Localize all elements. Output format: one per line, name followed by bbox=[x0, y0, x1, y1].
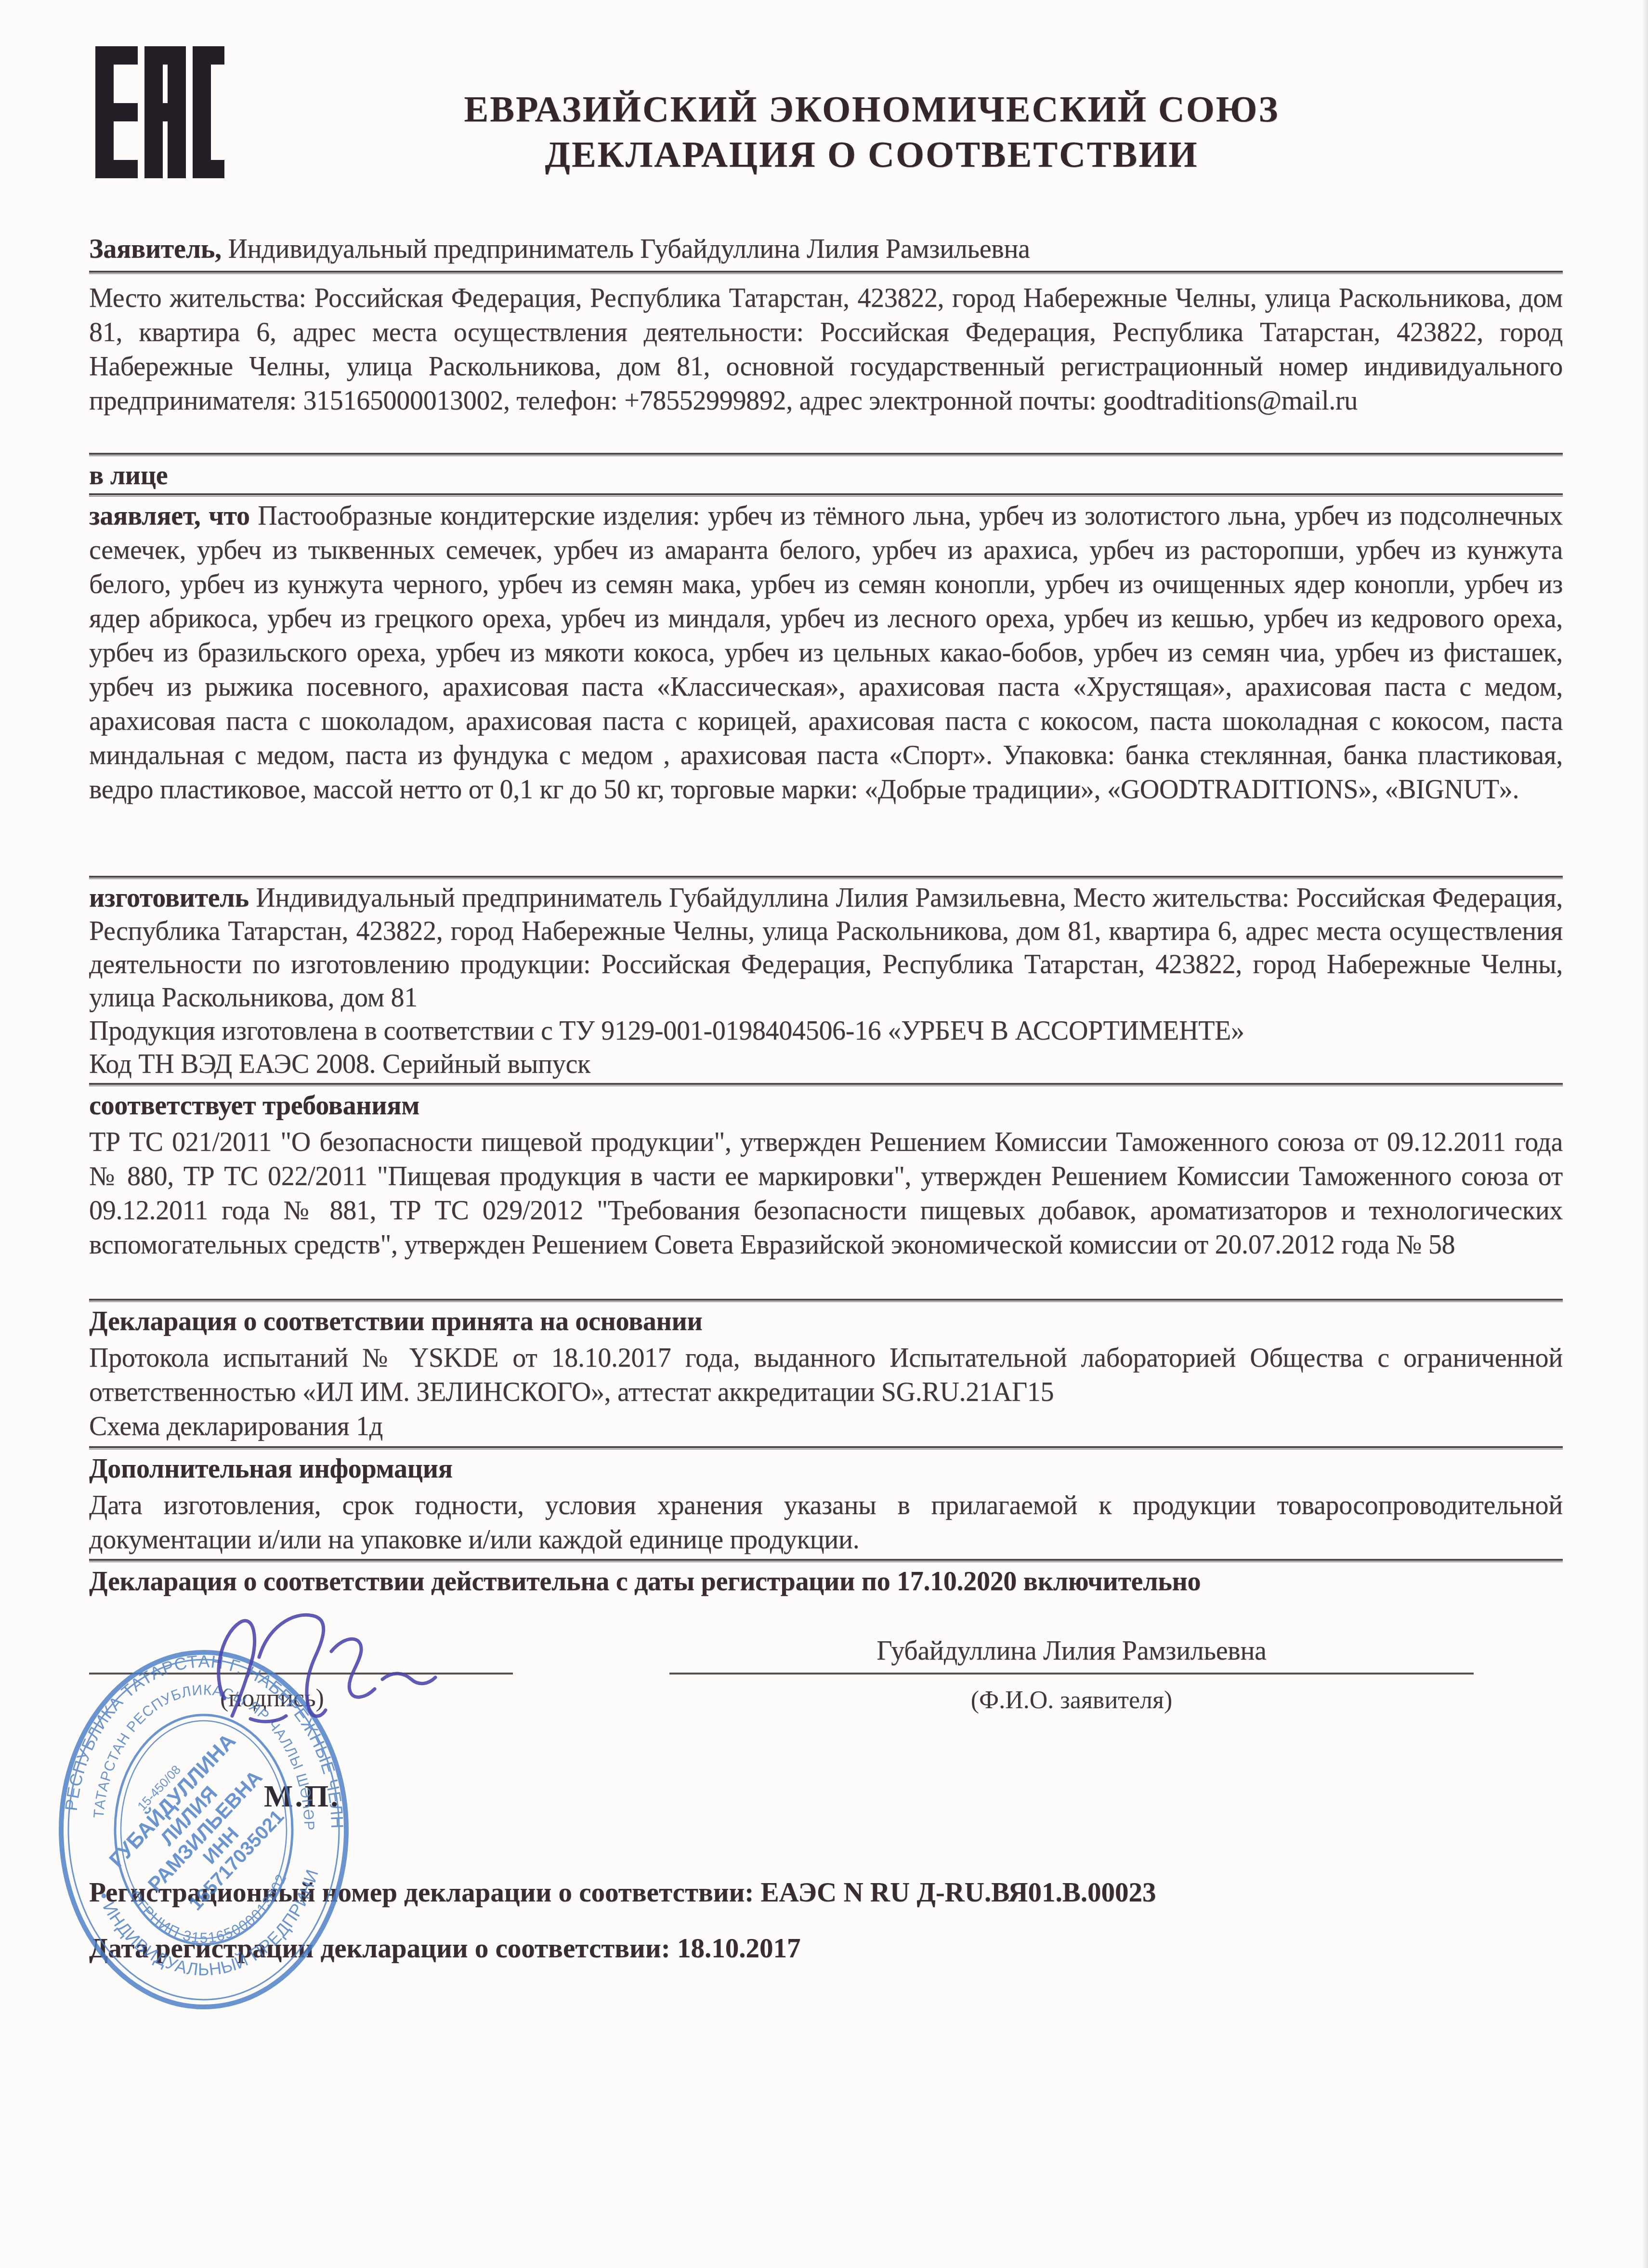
divider bbox=[89, 453, 1563, 456]
applicant-details: Место жительства: Российская Федерация, … bbox=[89, 281, 1563, 418]
title-line-1: ЕВРАЗИЙСКИЙ ЭКОНОМИЧЕСКИЙ СОЮЗ bbox=[183, 87, 1560, 132]
title-line-2: ДЕКЛАРАЦИЯ О СООТВЕТСТВИИ bbox=[183, 132, 1560, 177]
registration-number-value: ЕАЭС N RU Д-RU.ВЯ01.В.00023 bbox=[761, 1877, 1156, 1908]
applicant-name: Индивидуальный предприниматель Губайдулл… bbox=[228, 234, 1030, 264]
applicant-label: Заявитель, bbox=[89, 234, 222, 264]
divider bbox=[89, 1299, 1563, 1302]
validity-line: Декларация о соответствии действительна … bbox=[89, 1565, 1563, 1599]
manufacturer-paragraph: изготовитель Индивидуальный предпринимат… bbox=[89, 882, 1563, 1081]
scan-edge-shadow bbox=[1642, 0, 1648, 2268]
divider bbox=[89, 1083, 1563, 1086]
document-header: ЕВРАЗИЙСКИЙ ЭКОНОМИЧЕСКИЙ СОЮЗ ДЕКЛАРАЦИ… bbox=[183, 87, 1560, 177]
additional-text: Дата изготовления, срок годности, услови… bbox=[89, 1489, 1563, 1557]
registration-date-value: 18.10.2017 bbox=[677, 1933, 801, 1964]
in-person-label: в лице bbox=[89, 459, 1563, 493]
divider bbox=[89, 1446, 1563, 1450]
manufacturer-label: изготовитель bbox=[89, 883, 249, 913]
divider bbox=[89, 1559, 1563, 1562]
conformity-text: ТР ТС 021/2011 "О безопасности пищевой п… bbox=[89, 1125, 1563, 1262]
divider bbox=[89, 271, 1563, 274]
conformity-label: соответствует требованиям bbox=[89, 1089, 1563, 1123]
handwritten-signature bbox=[178, 1595, 496, 1741]
basis-scheme: Схема декларирования 1д bbox=[89, 1411, 383, 1441]
divider bbox=[89, 876, 1563, 879]
fio-line bbox=[669, 1673, 1474, 1675]
manufacturer-code-line: Код ТН ВЭД ЕАЭС 2008. Серийный выпуск bbox=[89, 1049, 590, 1079]
signatory-name: Губайдуллина Лилия Рамзильевна bbox=[669, 1634, 1474, 1668]
applicant-line: Заявитель, Индивидуальный предпринимател… bbox=[89, 232, 1563, 266]
additional-label: Дополнительная информация bbox=[89, 1452, 1563, 1486]
basis-label: Декларация о соответствии принята на осн… bbox=[89, 1305, 1563, 1339]
basis-paragraph: Протокола испытаний № YSKDE от 18.10.201… bbox=[89, 1341, 1563, 1444]
divider bbox=[89, 493, 1563, 497]
declares-label: заявляет, что bbox=[89, 501, 250, 531]
fio-caption: (Ф.И.О. заявителя) bbox=[669, 1686, 1474, 1714]
manufacturer-tu-line: Продукция изготовлена в соответствии с Т… bbox=[89, 1016, 1244, 1046]
manufacturer-text: Индивидуальный предприниматель Губайдулл… bbox=[89, 883, 1563, 1013]
basis-text: Протокола испытаний № YSKDE от 18.10.201… bbox=[89, 1343, 1563, 1407]
declares-text: Пастообразные кондитерские изделия: урбе… bbox=[89, 501, 1563, 804]
declares-paragraph: заявляет, что Пастообразные кондитерские… bbox=[89, 499, 1563, 807]
